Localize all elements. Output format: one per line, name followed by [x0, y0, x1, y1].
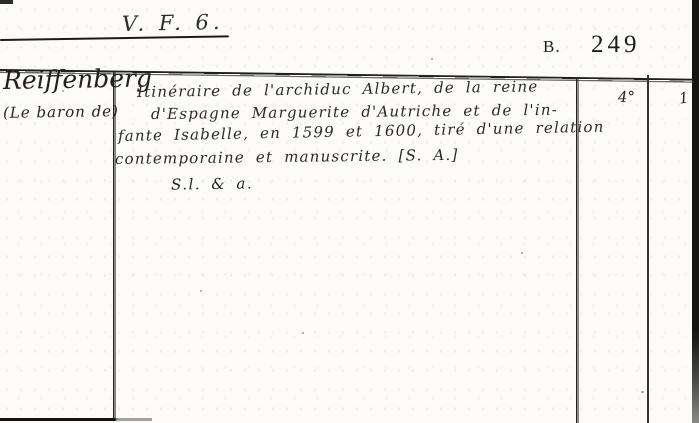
author-column-divider [113, 72, 116, 420]
bottom-left-border [0, 418, 152, 421]
entry-format: 4° [618, 88, 636, 107]
scan-speck [521, 252, 523, 254]
page-number: 249 [591, 31, 641, 59]
shelf-mark: V. F. 6. [122, 10, 224, 36]
scan-edge-band [692, 0, 699, 423]
entry-title-line: Itinéraire de l'archiduc Albert, de la r… [137, 77, 539, 101]
scan-speck [302, 332, 304, 334]
scan-speck [200, 290, 202, 292]
entry-author-title: (Le baron de) [3, 102, 119, 122]
scan-speck [431, 58, 433, 60]
entry-volume-count: 1 [678, 88, 690, 107]
entry-title-line: contemporaine et manuscrite. [S. A.] [115, 146, 459, 168]
volume-column-divider [647, 75, 649, 423]
section-letter: B. [543, 37, 561, 57]
entry-author-name: Reiffenberg [3, 63, 152, 95]
scan-corner-mark [0, 0, 13, 4]
shelf-mark-underline [0, 35, 229, 41]
entry-imprint-note: S.l. & a. [171, 174, 253, 193]
scan-speck [641, 391, 644, 393]
catalog-page-scan: V. F. 6. B. 249 Reiffenberg (Le baron de… [0, 0, 699, 423]
